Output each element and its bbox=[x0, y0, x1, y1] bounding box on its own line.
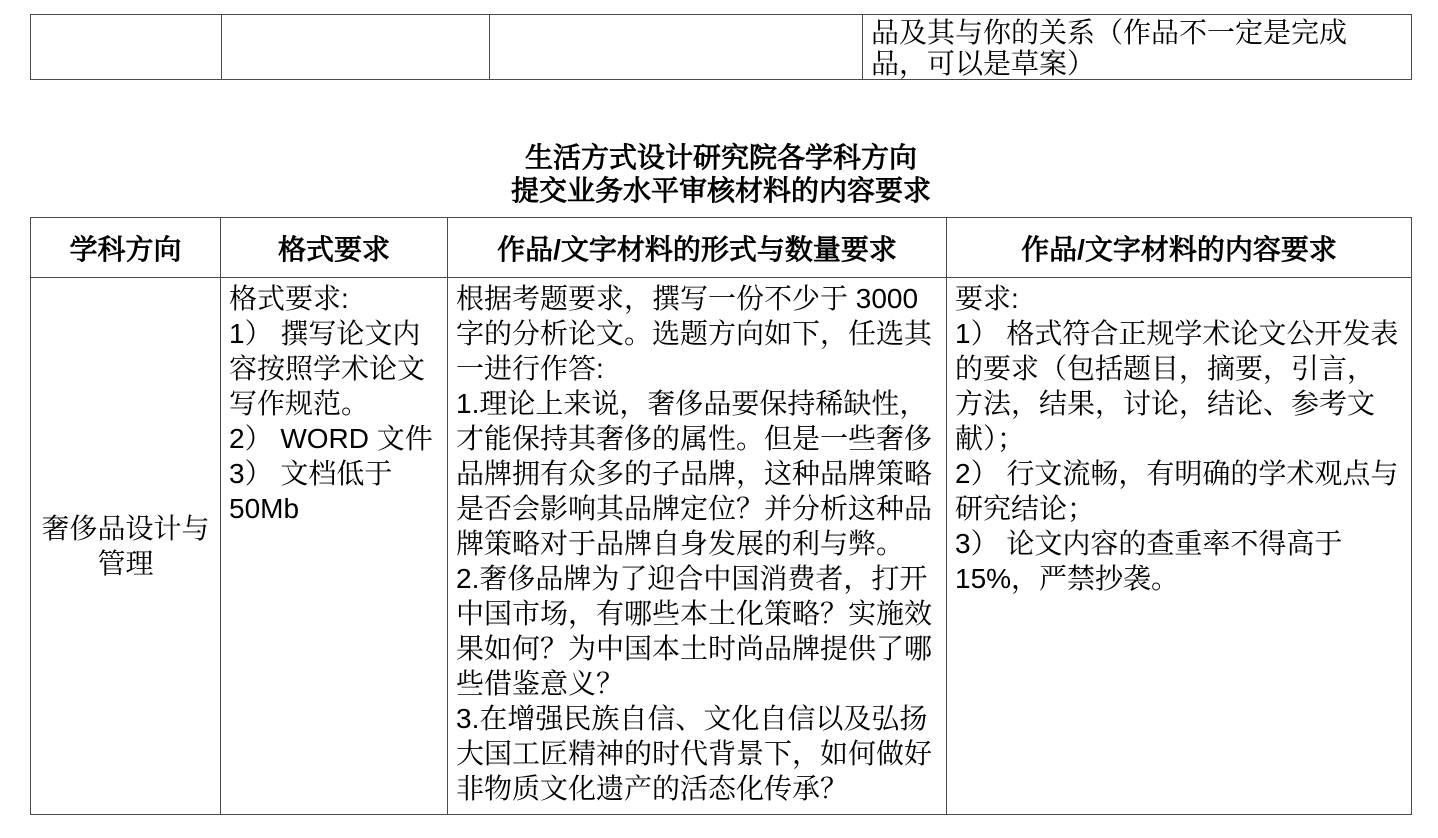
requirements-table-header-row: 学科方向 格式要求 作品/文字材料的形式与数量要求 作品/文字材料的内容要求 bbox=[31, 218, 1411, 278]
document-title-line-2: 提交业务水平审核材料的内容要求 bbox=[30, 174, 1412, 207]
requirements-table: 学科方向 格式要求 作品/文字材料的形式与数量要求 作品/文字材料的内容要求 奢… bbox=[30, 217, 1412, 815]
document-page: 品及其与你的关系（作品不一定是完成 品，可以是草案） 生活方式设计研究院各学科方… bbox=[0, 0, 1438, 838]
header-cell-format: 格式要求 bbox=[221, 218, 448, 277]
cell-format-requirements: 格式要求: 1） 撰写论文内 容按照学术论文 写作规范。 2） WORD 文件 … bbox=[221, 278, 448, 814]
table-row-luxury-design: 奢侈品设计与 管理 格式要求: 1） 撰写论文内 容按照学术论文 写作规范。 2… bbox=[31, 278, 1411, 814]
header-cell-form-quantity: 作品/文字材料的形式与数量要求 bbox=[448, 218, 947, 277]
upper-table-cell-format bbox=[222, 15, 490, 79]
upper-table-cell-subject bbox=[31, 15, 222, 79]
upper-partial-table: 品及其与你的关系（作品不一定是完成 品，可以是草案） bbox=[30, 14, 1412, 80]
upper-table-cell-form-quantity bbox=[490, 15, 863, 79]
cell-form-quantity-requirements: 根据考题要求，撰写一份不少于 3000 字的分析论文。选题方向如下，任选其 一进… bbox=[448, 278, 947, 814]
header-cell-content: 作品/文字材料的内容要求 bbox=[947, 218, 1411, 277]
cell-content-requirements: 要求: 1） 格式符合正规学术论文公开发表 的要求（包括题目，摘要，引言， 方法… bbox=[947, 278, 1411, 814]
upper-table-cell-content: 品及其与你的关系（作品不一定是完成 品，可以是草案） bbox=[863, 15, 1411, 79]
document-title-line-1: 生活方式设计研究院各学科方向 bbox=[30, 141, 1412, 174]
cell-subject: 奢侈品设计与 管理 bbox=[31, 278, 221, 814]
document-title: 生活方式设计研究院各学科方向 提交业务水平审核材料的内容要求 bbox=[30, 141, 1412, 207]
header-cell-subject: 学科方向 bbox=[31, 218, 221, 277]
